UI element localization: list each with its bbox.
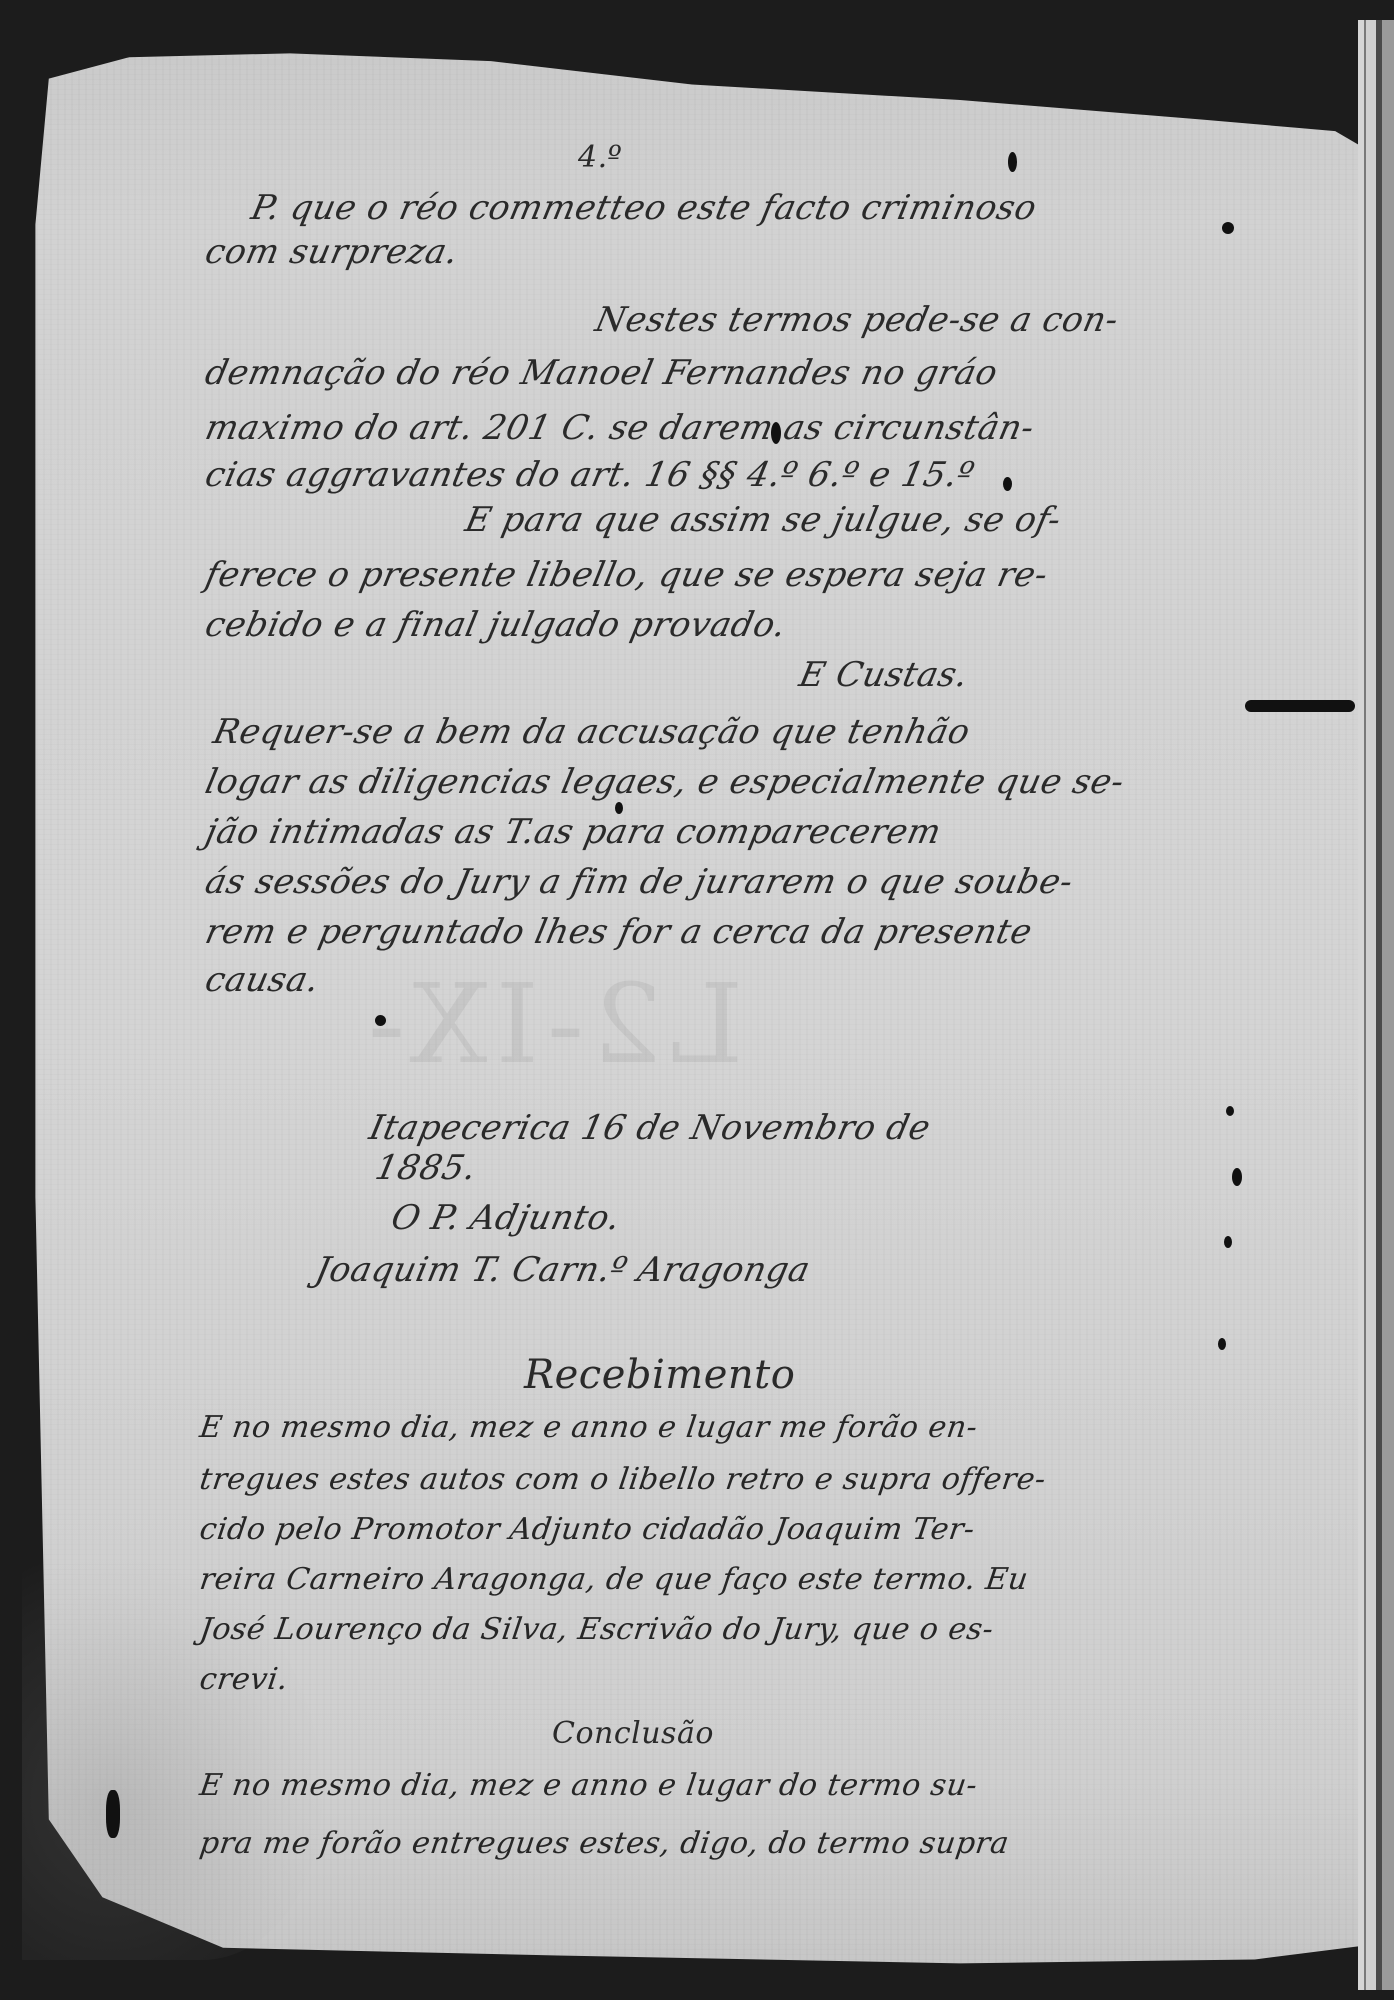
ink-blot [1226, 1106, 1234, 1116]
conclusao-line-2: pra me forão entregues estes, digo, do t… [198, 1826, 1012, 1861]
recebimento-line-4: reira Carneiro Aragonga, de que faço est… [198, 1562, 1031, 1597]
recebimento-line-5: José Lourenço da Silva, Escrivão do Jury… [198, 1612, 996, 1647]
scanned-page: L2-IX- 4.º P. que o réo commetteo este f… [0, 0, 1394, 2000]
signature: Joaquim T. Carn.º Aragonga [312, 1250, 814, 1290]
binding-edge [1358, 20, 1394, 1990]
recebimento-line-6: crevi. [198, 1662, 291, 1697]
diligences-line-3: jão intimadas as T.as para comparecerem [202, 812, 945, 852]
diligences-line-6: causa. [202, 960, 323, 1000]
offer-line-1: E para que assim se julgue, se of- [462, 500, 1065, 540]
item-4-line-2: com surpreza. [202, 232, 462, 272]
diligences-line-2: logar as diligencias legaes, e especialm… [202, 762, 1128, 802]
ink-blot [375, 1015, 386, 1026]
bleed-through-stamp: L2-IX- [360, 960, 743, 1088]
diligences-line-5: rem e perguntado lhes for a cerca da pre… [202, 912, 1036, 952]
ink-blot [1222, 222, 1234, 234]
ink-blot [106, 1790, 120, 1838]
item-4-line-1: P. que o réo commetteo este facto crimin… [248, 188, 1041, 228]
offer-line-3: cebido e a final julgado provado. [202, 605, 790, 645]
request-line-4: cias aggravantes do art. 16 §§ 4.º 6.º e… [202, 455, 978, 495]
recebimento-heading: Recebimento [524, 1352, 795, 1398]
ink-blot [1232, 1168, 1242, 1186]
place-date-line-1: Itapecerica 16 de Novembro de [366, 1108, 934, 1148]
request-line-2: demnação do réo Manoel Fernandes no gráo [202, 353, 1002, 393]
ink-blot [1008, 152, 1017, 172]
ink-blot [1218, 1338, 1226, 1350]
request-line-1: Nestes termos pede-se a con- [592, 300, 1122, 340]
conclusao-line-1: E no mesmo dia, mez e anno e lugar do te… [198, 1768, 980, 1803]
ink-blot [1245, 700, 1355, 712]
recebimento-line-3: cido pelo Promotor Adjunto cidadão Joaqu… [198, 1512, 977, 1547]
recebimento-line-1: E no mesmo dia, mez e anno e lugar me fo… [198, 1410, 980, 1445]
recebimento-line-2: tregues estes autos com o libello retro … [198, 1462, 1049, 1497]
request-line-3: maximo do art. 201 C. se darem as circun… [202, 408, 1038, 448]
costs-line: E Custas. [796, 655, 972, 695]
diligences-line-1: Requer-se a bem da accusação que tenhão [210, 712, 974, 752]
signatory-title: O P. Adjunto. [388, 1198, 624, 1238]
conclusao-heading: Conclusão [552, 1716, 714, 1751]
place-date-line-2: 1885. [372, 1148, 480, 1188]
item-number: 4.º [578, 140, 622, 175]
ink-blot [1003, 477, 1012, 491]
offer-line-2: ferece o presente libello, que se espera… [202, 555, 1052, 595]
diligences-line-4: ás sessões do Jury a fim de jurarem o qu… [202, 862, 1077, 902]
ink-blot [1224, 1236, 1232, 1248]
